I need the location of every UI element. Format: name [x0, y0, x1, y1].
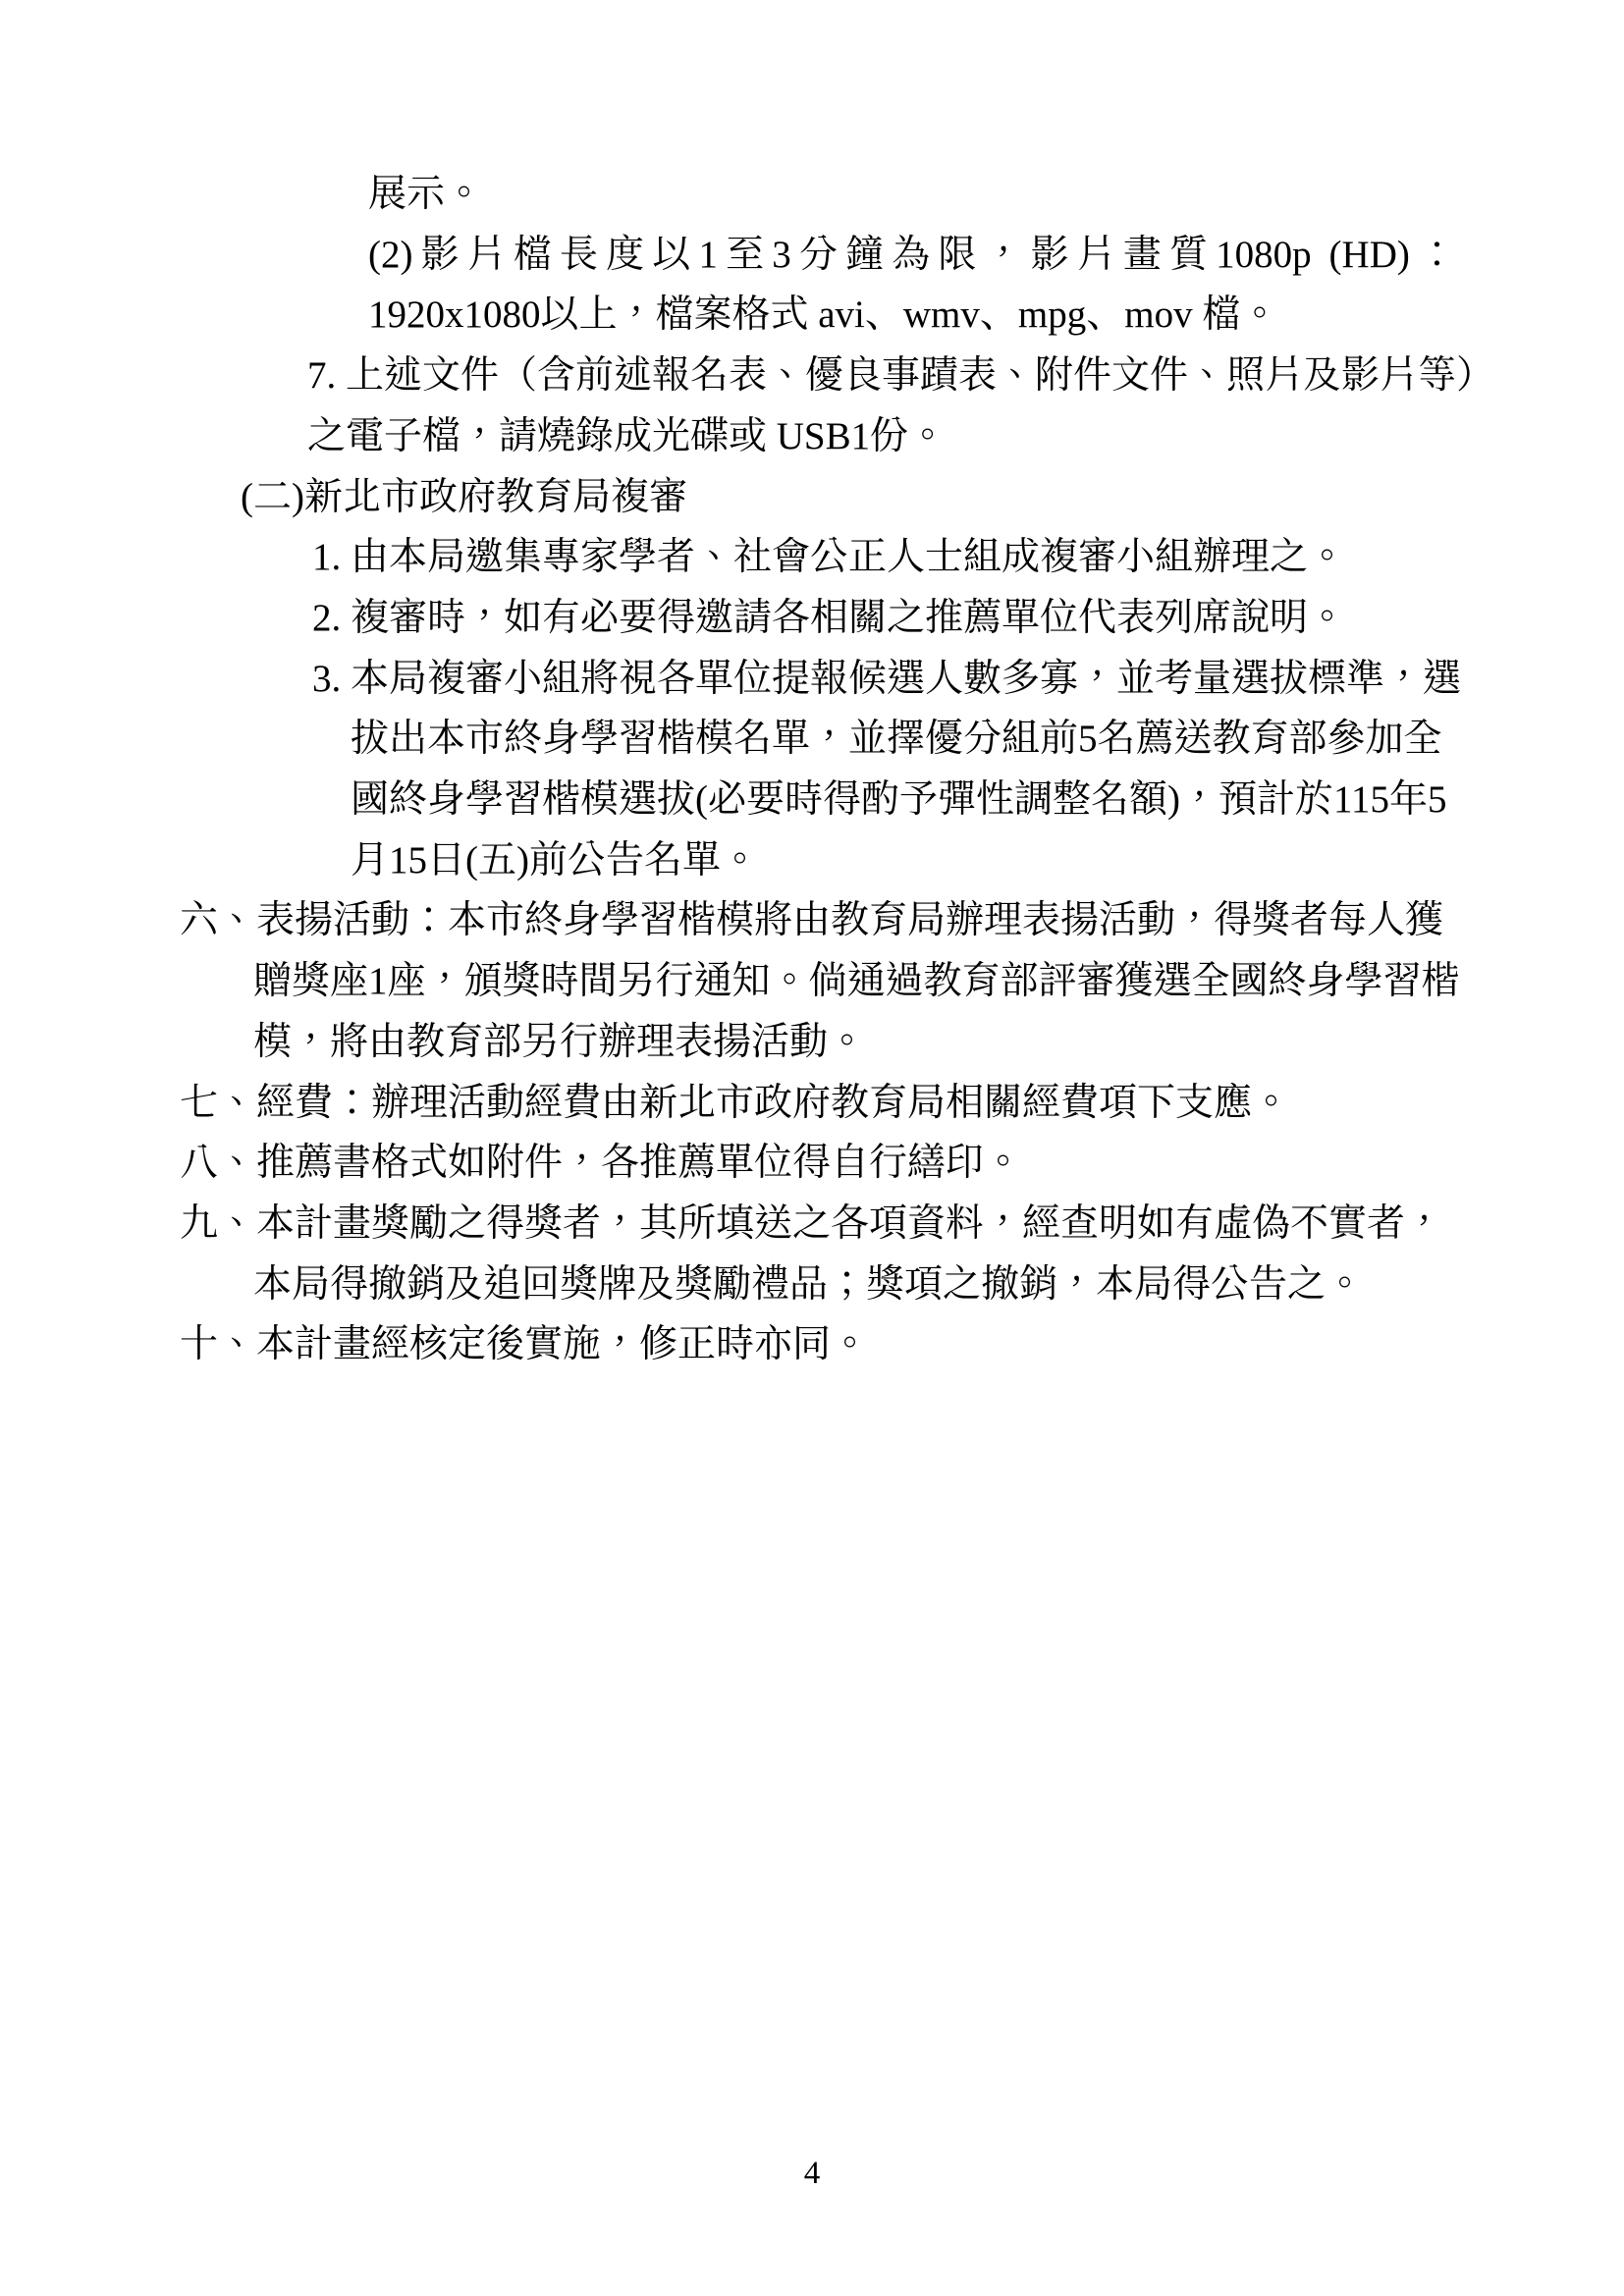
page-number: 4	[0, 2156, 1624, 2191]
text-line: (二)新北市政府教育局複審	[241, 475, 687, 520]
text-line: 2. 複審時，如有必要得邀請各相關之推薦單位代表列席說明。	[312, 596, 1346, 641]
text-line: 3. 本局複審小組將視各單位提報候選人數多寡，並考量選拔標準，選	[312, 657, 1461, 702]
text-line: 1. 由本局邀集專家學者、社會公正人士組成複審小組辦理之。	[312, 535, 1346, 580]
text-line: 贈獎座1座，頒獎時間另行通知。倘通過教育部評審獲選全國終身學習楷	[253, 959, 1460, 1004]
text-line: 模，將由教育部另行辦理表揚活動。	[253, 1020, 866, 1065]
text-line: 十、本計畫經核定後實施，修正時亦同。	[180, 1322, 869, 1367]
text-line: (2)影片檔長度以1至3分鐘為限，影片畫質1080p (HD)：	[368, 233, 1456, 278]
text-line: 展示。	[368, 172, 483, 217]
text-line: 八、推薦書格式如附件，各推薦單位得自行繕印。	[180, 1141, 1022, 1186]
text-line: 九、本計畫獎勵之得獎者，其所填送之各項資料，經查明如有虛偽不實者，	[180, 1201, 1443, 1247]
text-line: 月15日(五)前公告名單。	[351, 838, 759, 883]
text-line: 六、表揚活動：本市終身學習楷模將由教育局辦理表揚活動，得獎者每人獲	[180, 898, 1443, 943]
text-line: 本局得撤銷及追回獎牌及獎勵禮品；獎項之撤銷，本局得公告之。	[253, 1262, 1364, 1308]
text-line: 拔出本市終身學習楷模名單，並擇優分組前5名薦送教育部參加全	[351, 717, 1442, 762]
document-page: 展示。(2)影片檔長度以1至3分鐘為限，影片畫質1080p (HD)：1920x…	[0, 0, 1624, 2296]
text-line: 1920x1080以上，檔案格式 avi、wmv、mpg、mov 檔。	[368, 293, 1278, 338]
text-line: 之電子檔，請燒錄成光碟或 USB1份。	[307, 414, 947, 459]
text-line: 7. 上述文件（含前述報名表、優良事蹟表、附件文件、照片及影片等）	[307, 353, 1494, 399]
text-line: 國終身學習楷模選拔(必要時得酌予彈性調整名額)，預計於115年5	[351, 777, 1447, 823]
text-line: 七、經費：辦理活動經費由新北市政府教育局相關經費項下支應。	[180, 1081, 1290, 1126]
